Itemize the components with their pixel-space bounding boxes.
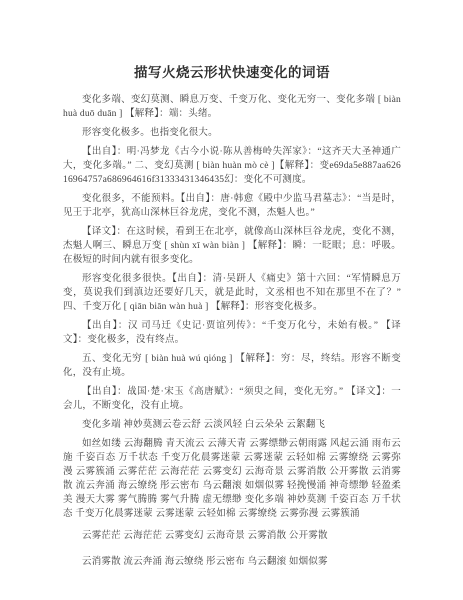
paragraph-translation-2: 【译文】：在这时候，看到王在北亭，就像高山深林巨谷龙虎，变化不测，杰魁人啊三、瞬… [63,225,401,267]
paragraph-word-list-3: 云雾茫茫 云海茫茫 云雾变幻 云海奇景 云雾消散 公开雾散 [63,529,401,543]
document-title: 描写火烧云形状快速变化的词语 [63,64,401,81]
paragraph-word-list-4: 云消雾散 流云奔涌 海云缭绕 彤云密布 乌云翻滚 如烟似雾 [63,555,401,569]
paragraph-source-2: 变化很多，不能预料。【出自】：唐·韩愈《殿中少监马君墓志》：“当是时，见王于北亭… [63,192,401,220]
paragraph-word-list-1: 变化多端 神妙莫测云卷云舒 云淡风轻 白云朵朵 云絮翻飞 [63,418,401,432]
paragraph-word-list-2: 如丝如缕 云海翻腾 青天流云 云薄天青 云雾缥缈云朝雨露 风起云涌 雨布云施 千… [63,437,401,521]
paragraph-source-5: 【出自】：战国·楚·宋玉《高唐赋》：“须臾之间，变化无穷。” 【译文】：一会儿，… [63,385,401,413]
paragraph-definition-5: 五、变化无穷 [ biàn huà wú qióng ] 【解释】：穷：尽，终结… [63,352,401,380]
paragraph-word-list-intro: 变化多端、变幻莫测、瞬息万变、千变万化、变化无穷一、变化多端 [ biàn hu… [63,93,401,121]
paragraph-source-1: 【出自】：明·冯梦龙《古今小说·陈从善梅岭失浑家》：“这齐天大圣神通广大，变化多… [63,145,401,187]
paragraph-source-4: 【出自】：汉 司马迁《史记·贾谊列传》：“千变万化兮，未始有极。” 【译文】：变… [63,319,401,347]
paragraph-source-3: 形容变化很多很快。【出自】：清·吴趼人《痛史》第十六回：“军情瞬息万变，莫说我们… [63,272,401,314]
paragraph-definition-1: 形容变化极多。也指变化很大。 [63,126,401,140]
document-page: 描写火烧云形状快速变化的词语 变化多端、变幻莫测、瞬息万变、千变万化、变化无穷一… [0,0,463,600]
